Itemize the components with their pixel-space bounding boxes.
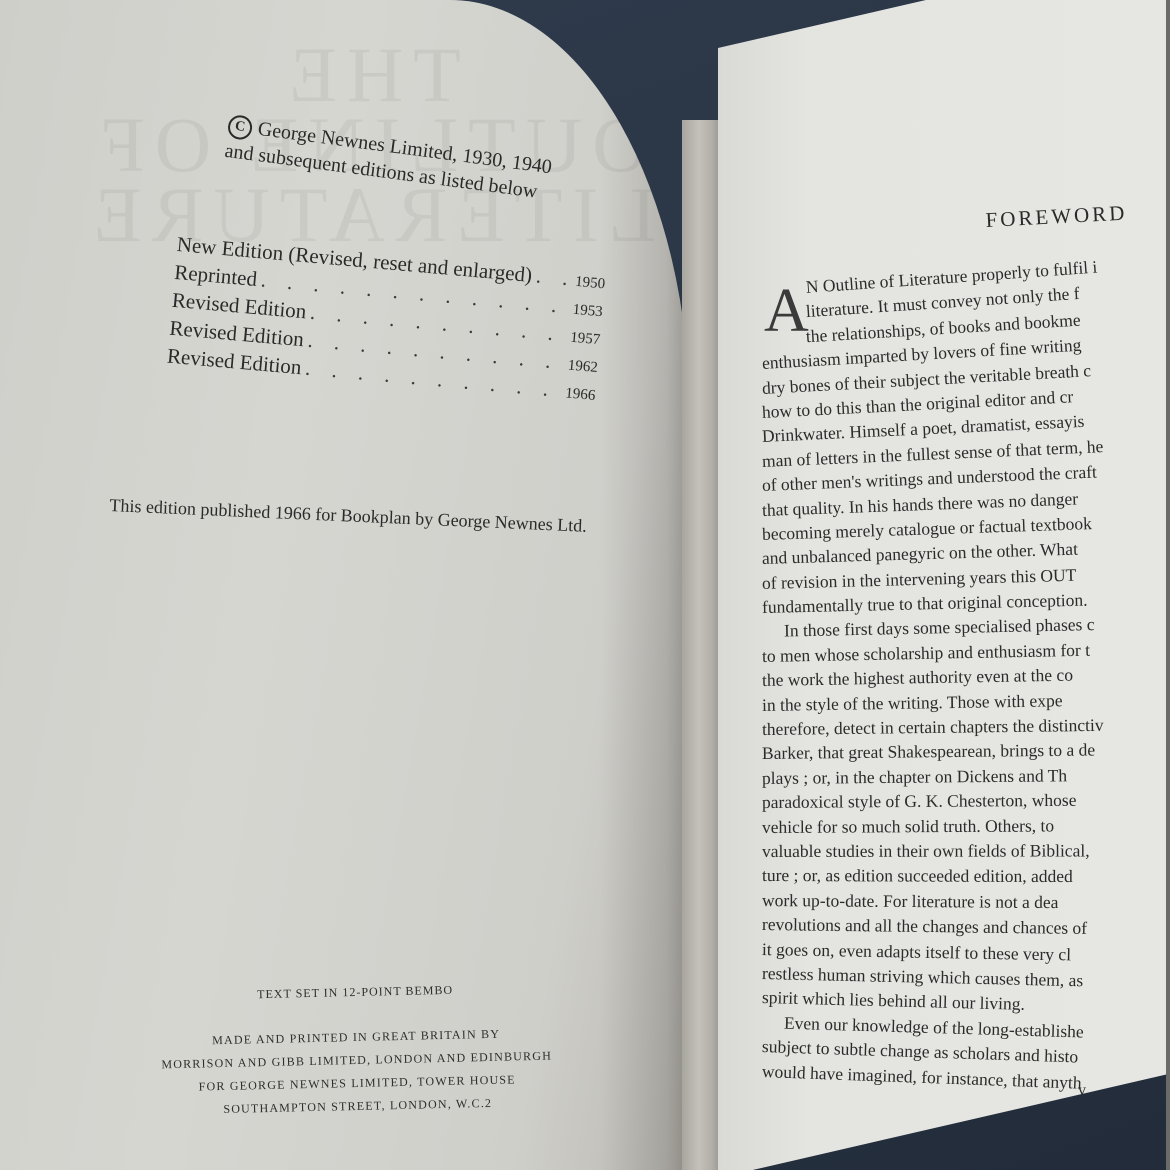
printer-imprint: TEXT SET IN 12-POINT BEMBO MADE AND PRIN… — [135, 980, 578, 1123]
left-page-copyright: THE OUTLINE OF LITERATURE CGeorge Newnes… — [0, 0, 690, 1170]
copyright-symbol-icon: C — [227, 114, 254, 141]
page-block-edge — [682, 120, 724, 1170]
editions-list: New Edition (Revised, reset and enlarged… — [166, 232, 607, 409]
publish-note: This edition published 1966 for Bookplan… — [109, 495, 649, 540]
typeset-note: TEXT SET IN 12-POINT BEMBO — [135, 980, 575, 1005]
gutter-shadow — [600, 0, 690, 1170]
